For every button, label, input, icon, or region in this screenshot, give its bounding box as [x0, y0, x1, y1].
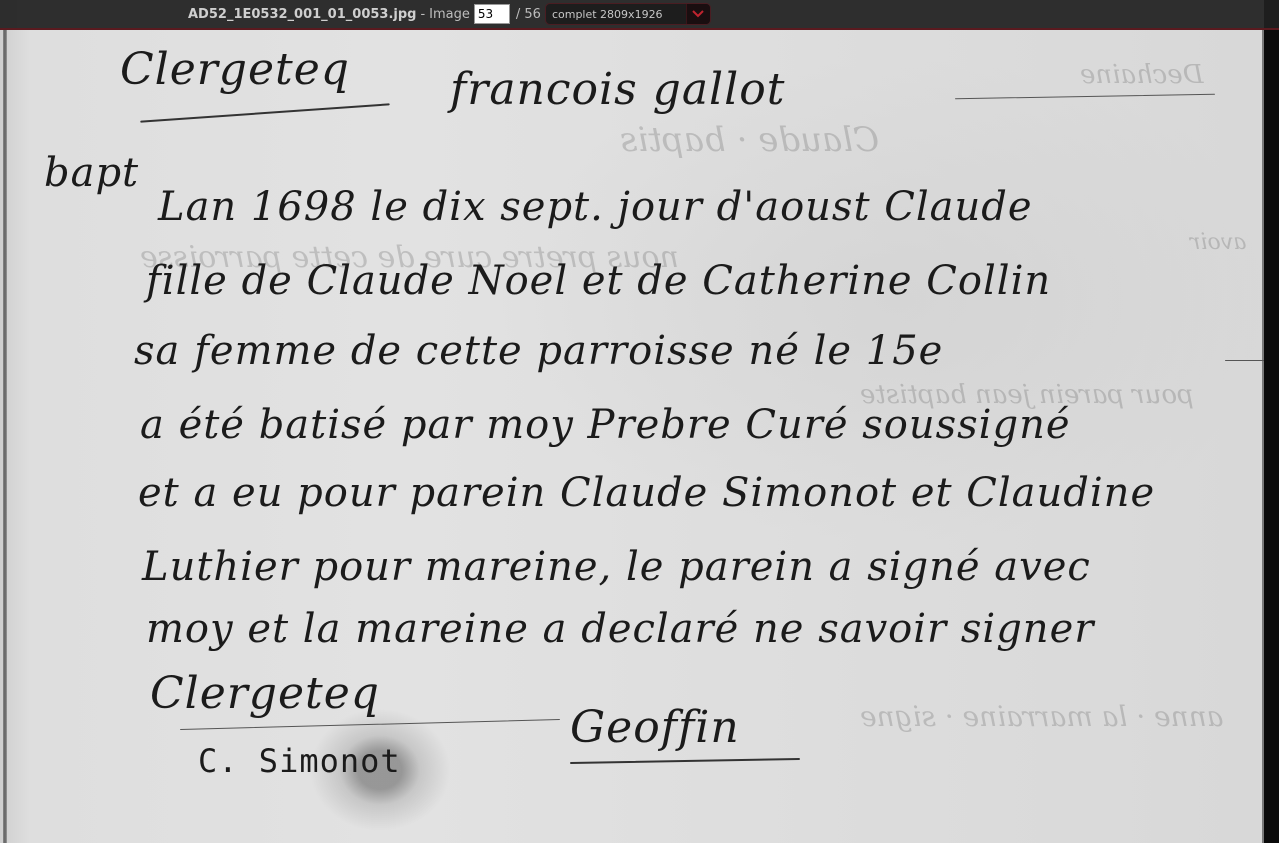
signature-underline: [570, 758, 800, 764]
entry-line: a été batisé par moy Prebre Curé soussig…: [140, 402, 1071, 448]
bleed-through-text: avoir: [1190, 230, 1246, 255]
signature-geoffin: Geoffin: [570, 702, 740, 753]
entry-heading: francois gallot: [450, 64, 785, 115]
image-filename: AD52_1E0532_001_01_0053.jpg: [188, 7, 416, 22]
heading-rule: [955, 94, 1215, 100]
entry-line: moy et la mareine a declaré ne savoir si…: [146, 606, 1094, 652]
bleed-through-text: anne · la marraine · signe: [860, 700, 1223, 733]
viewer-toolbar: AD52_1E0532_001_01_0053.jpg - Image / 56…: [0, 0, 1279, 30]
signature-parrain: C. Simonot: [198, 742, 401, 780]
bleed-through-text: Dechaine: [1080, 60, 1204, 90]
margin-note: bapt: [44, 150, 139, 196]
entry-line: Luthier pour mareine, le parein a signé …: [142, 544, 1091, 590]
total-pages: / 56: [516, 7, 541, 22]
entry-line: Lan 1698 le dix sept. jour d'aoust Claud…: [158, 184, 1033, 230]
page-number-input[interactable]: [474, 4, 510, 24]
signature-rule: [180, 719, 560, 730]
chevron-down-icon[interactable]: [686, 4, 710, 24]
bleed-through-text: Claude · baptis: [620, 120, 879, 160]
image-viewer-canvas[interactable]: nous pretre cure de cette parroisse Clau…: [0, 0, 1279, 843]
entry-line: et a eu pour parein Claude Simonot et Cl…: [138, 470, 1155, 516]
entry-line: fille de Claude Noel et de Catherine Col…: [146, 258, 1051, 304]
signature-cure: Clergeteq: [150, 668, 380, 719]
underline: [140, 103, 390, 122]
line-filler: [1225, 360, 1265, 361]
entry-line: sa femme de cette parroisse né le 15e: [134, 328, 943, 374]
page-left-edge: [3, 30, 7, 843]
scanned-page: nous pretre cure de cette parroisse Clau…: [0, 0, 1266, 843]
zoom-mode-select[interactable]: complet 2809x1926: [545, 3, 711, 25]
zoom-mode-value: complet 2809x1926: [552, 8, 686, 21]
image-label: Image: [429, 7, 470, 22]
viewer-background: [1264, 0, 1279, 843]
margin-name: Clergeteq: [120, 44, 350, 95]
separator: -: [420, 7, 425, 22]
